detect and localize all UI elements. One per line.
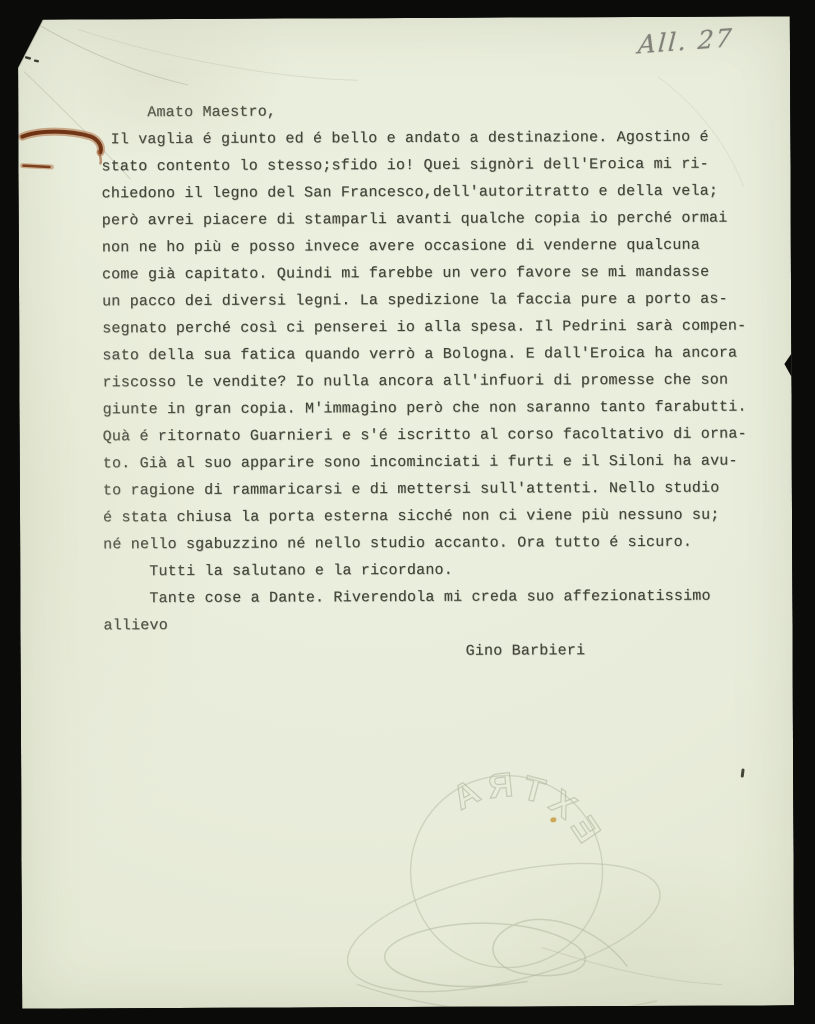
letter-line: to. Già al suo apparire sono incominciat… xyxy=(103,447,753,477)
letter-line: riscosso le vendite? Io nulla ancora all… xyxy=(102,366,752,396)
letter-line: un pacco dei diversi legni. La spedizion… xyxy=(102,285,752,315)
handwritten-annotation: All. 27 xyxy=(637,23,734,59)
letter-line: non ne ho più e posso invece avere occas… xyxy=(102,231,752,261)
rust-stain xyxy=(22,131,101,163)
letter-line: sato della sua fatica quando verrò a Bol… xyxy=(102,339,752,369)
letter-line: come già capitato. Quindi mi farebbe un … xyxy=(102,258,752,288)
extra-watermark: EXTRA xyxy=(335,765,672,1009)
signature: Gino Barbieri xyxy=(104,636,754,666)
letter-line: Tante cose a Dante. Riverendola mi creda… xyxy=(103,582,753,612)
letter-text: Amato Maestro, Il vaglia é giunto ed é b… xyxy=(101,96,753,666)
letter-line: Il vaglia é giunto ed é bello e andato a… xyxy=(101,123,751,153)
letter-line: Tutti la salutano e la ricordano. xyxy=(103,555,753,585)
letter-line: giunte in gran copia. M'immagino però ch… xyxy=(102,393,752,423)
rust-stain-small xyxy=(22,166,51,168)
edge-tear-notch xyxy=(784,352,792,378)
letter-page: EXTRA All. 27 Amato Maestro, Il vaglia é… xyxy=(18,16,794,1008)
letter-line: stato contento lo stesso;sfido io! Quei … xyxy=(101,150,751,180)
letter-line: allievo xyxy=(103,609,753,639)
letter-line: però avrei piacere di stamparli avanti q… xyxy=(102,204,752,234)
stain-fleck xyxy=(550,817,556,822)
svg-text:EXTRA: EXTRA xyxy=(440,765,608,850)
crease-line xyxy=(542,947,722,986)
letter-line: segnato perché così ci penserei io alla … xyxy=(102,312,752,342)
letter-line: é stata chiusa la porta esterna sicché n… xyxy=(103,501,753,531)
letter-line: Quà é ritornato Guarnieri e s'é iscritto… xyxy=(103,420,753,450)
letter-line: né nello sgabuzzino né nello studio acca… xyxy=(103,528,753,558)
letter-line: Amato Maestro, xyxy=(101,96,751,126)
ink-speck xyxy=(25,56,39,63)
ink-tick-mark xyxy=(741,768,745,777)
letter-line: chiedono il legno del San Francesco,dell… xyxy=(102,177,752,207)
letter-line: to ragione di rammaricarsi e di mettersi… xyxy=(103,474,753,504)
